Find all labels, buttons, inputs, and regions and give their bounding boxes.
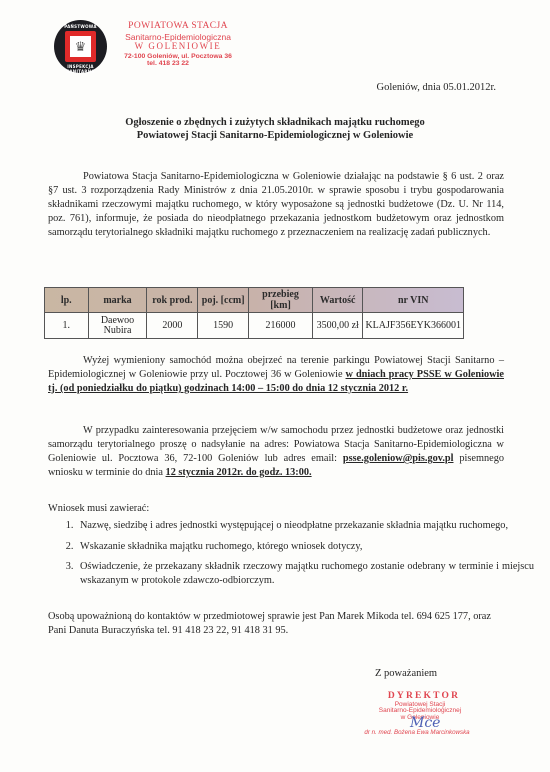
header-wartosc: Wartość [312, 288, 363, 313]
inspection-paragraph: Wyżej wymieniony samochód można obejrzeć… [48, 354, 504, 396]
cell-rok-prod: 2000 [147, 313, 198, 339]
logo-ring-top-text: PAŃSTWOWA [54, 24, 107, 29]
title-line-2: Powiatowej Stacji Sanitarno-Epidemiologi… [0, 129, 550, 142]
stamp-line-2: Sanitarno-Epidemiologiczna [118, 33, 238, 42]
table-header-row: lp. marka rok prod. poj. [ccm] przebieg … [45, 288, 464, 313]
header-poj: poj. [ccm] [198, 288, 249, 313]
cell-vin: KLAJF356EYK366001 [363, 313, 464, 339]
stamp-phone: tel. 418 23 22 [98, 61, 238, 68]
title-line-1: Ogłoszenie o zbędnych i zużytych składni… [0, 116, 550, 129]
header-vin: nr VIN [363, 288, 464, 313]
intro-paragraph: Powiatowa Stacja Sanitarno-Epidemiologic… [48, 170, 504, 240]
requirements-heading: Wniosek musi zawierać: [48, 502, 504, 516]
cell-poj: 1590 [198, 313, 249, 339]
closing-salutation: Z poważaniem [375, 668, 437, 679]
application-deadline: 12 stycznia 2012r. do godz. 13:00. [166, 467, 312, 478]
list-item: Wskazanie składnika majątku ruchomego, k… [76, 540, 534, 554]
document-title: Ogłoszenie o zbędnych i zużytych składni… [0, 116, 550, 142]
table-row: 1. Daewoo Nubira 2000 1590 216000 3500,0… [45, 313, 464, 339]
handwritten-signature: Mce [410, 715, 440, 731]
contact-paragraph: Osobą upoważnioną do kontaktów w przedmi… [48, 610, 504, 638]
cell-przebieg: 216000 [249, 313, 313, 339]
cell-wartosc: 3500,00 zł [312, 313, 363, 339]
header-lp: lp. [45, 288, 89, 313]
stamp-line-1: POWIATOWA STACJA [118, 22, 238, 32]
requirements-list: Nazwę, siedzibę i adres jednostki występ… [48, 519, 534, 594]
cell-marka: Daewoo Nubira [88, 313, 147, 339]
header-marka: marka [88, 288, 147, 313]
assets-table: lp. marka rok prod. poj. [ccm] przebieg … [44, 287, 464, 339]
header-rok-prod: rok prod. [147, 288, 198, 313]
eagle-icon: ♛ [70, 38, 91, 55]
list-item: Oświadczenie, że przekazany składnik rze… [76, 560, 534, 587]
document-date: Goleniów, dnia 05.01.2012r. [377, 82, 496, 93]
list-item: Nazwę, siedzibę i adres jednostki występ… [76, 519, 534, 533]
stamp-line-3: W GOLENIOWIE [118, 42, 238, 51]
header-stamp: POWIATOWA STACJA Sanitarno-Epidemiologic… [118, 22, 238, 68]
email-link[interactable]: psse.goleniow@pis.gov.pl [343, 453, 454, 464]
header-przebieg: przebieg [km] [249, 288, 313, 313]
application-paragraph: W przypadku zainteresowania przejęciem w… [48, 424, 504, 480]
cell-lp: 1. [45, 313, 89, 339]
